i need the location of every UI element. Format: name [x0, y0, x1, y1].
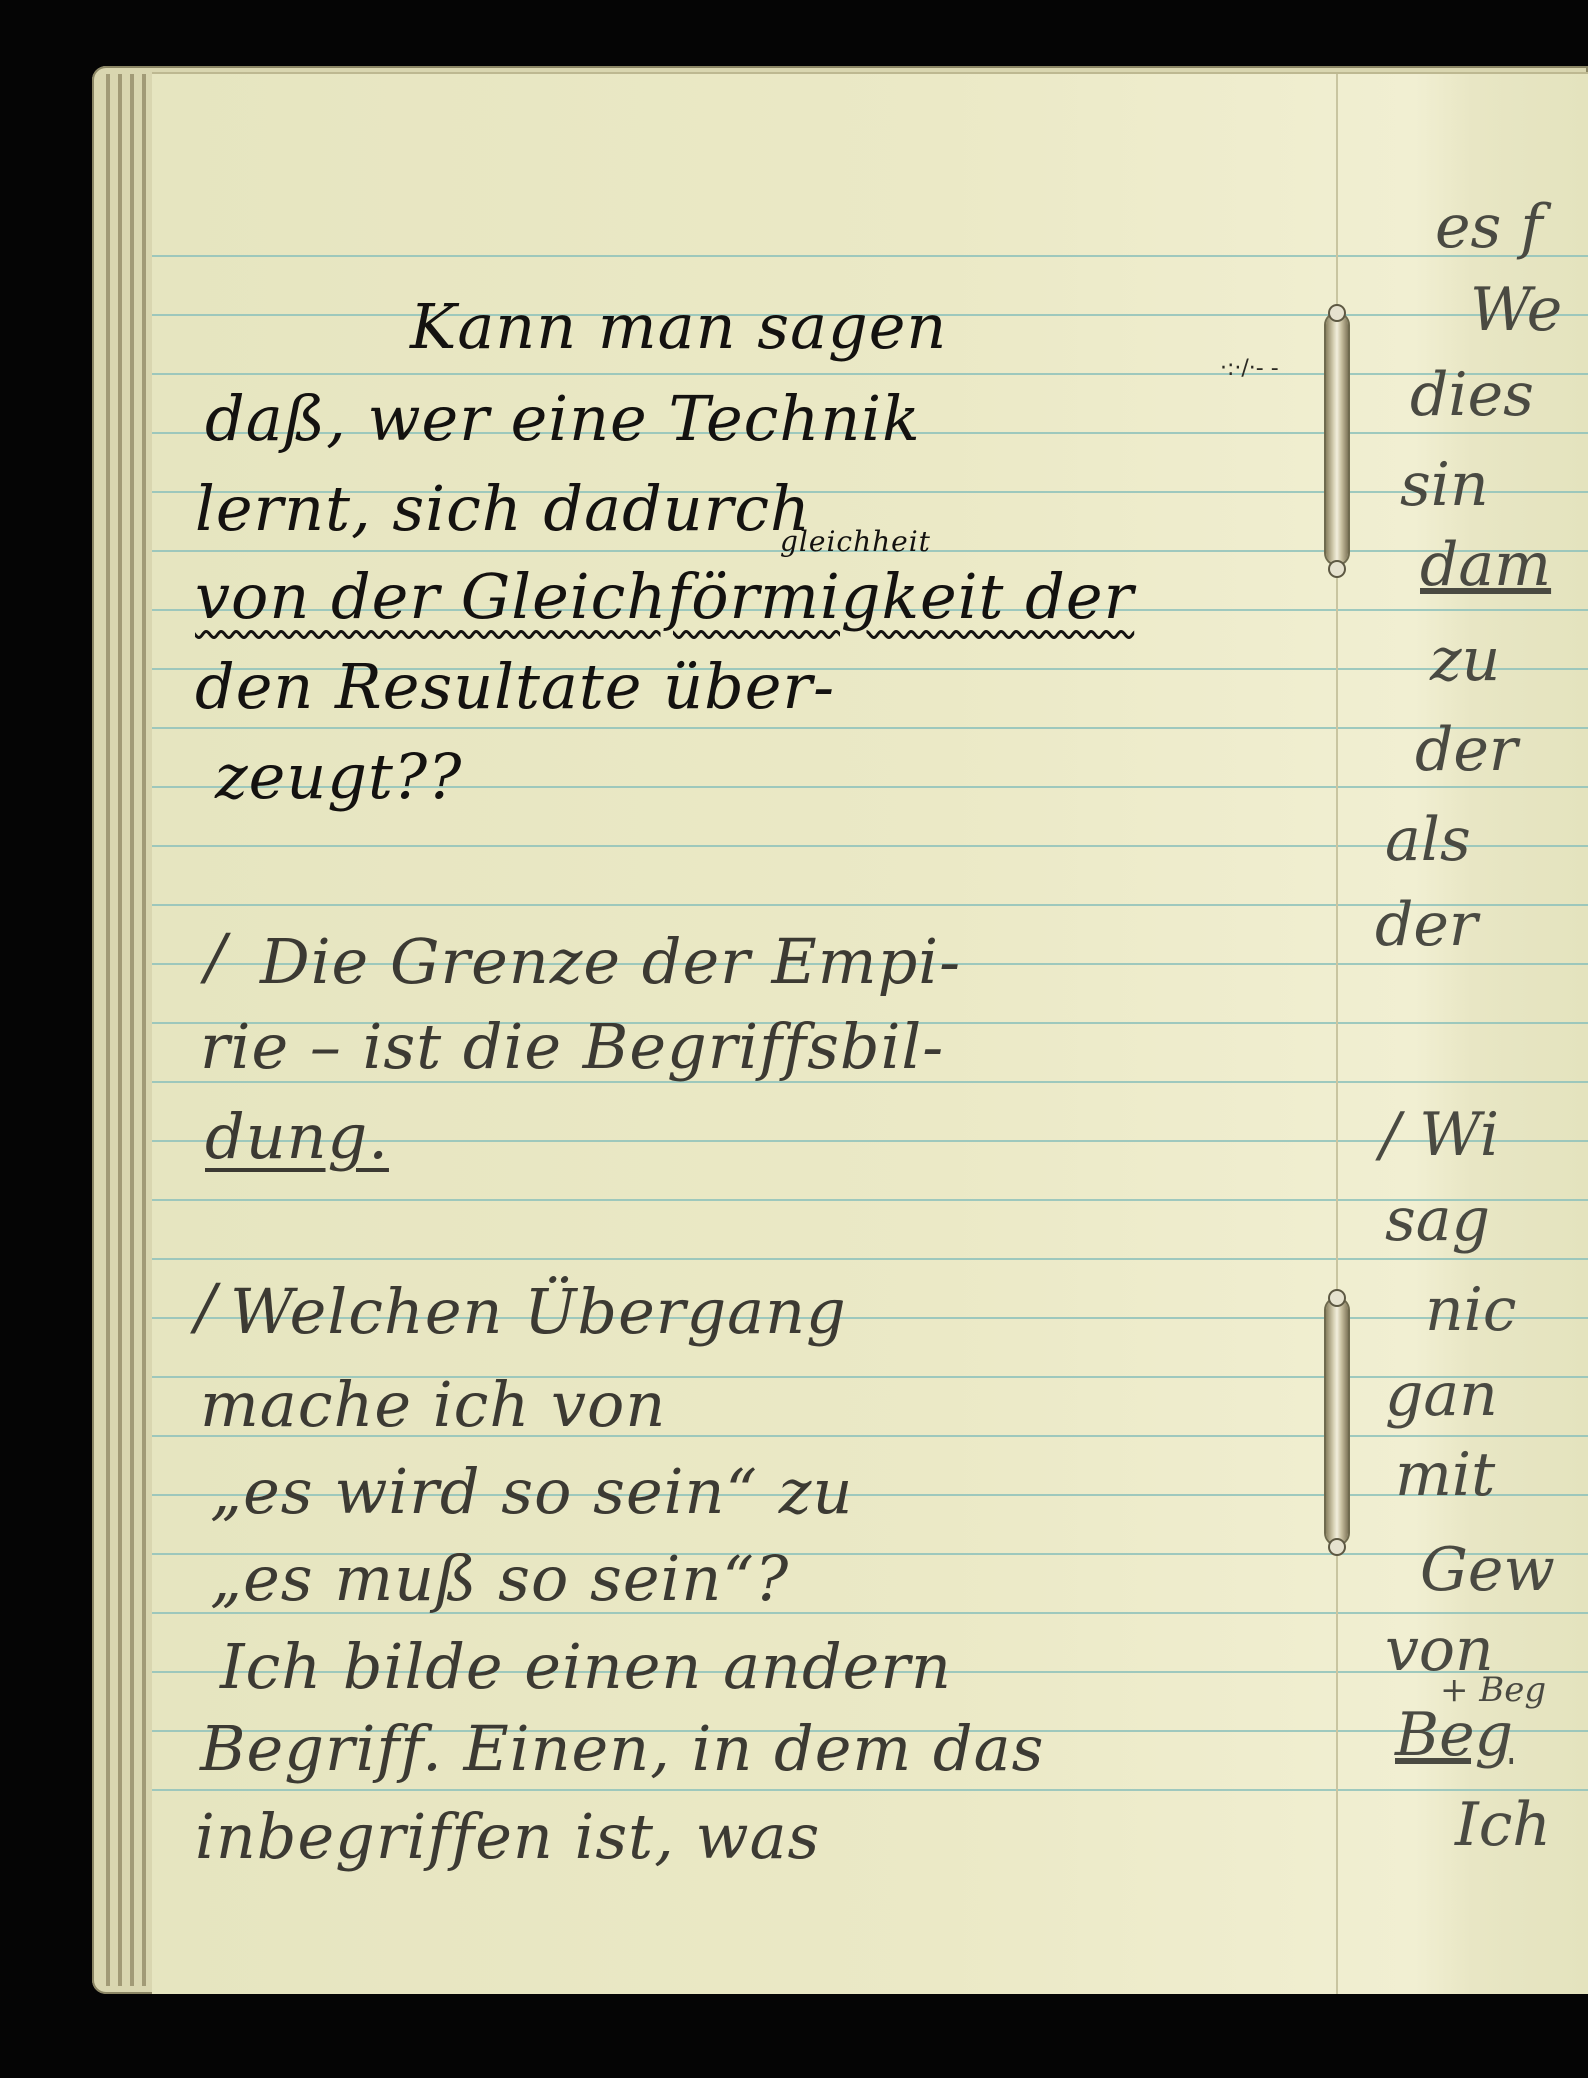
page-edge-line — [142, 74, 146, 1986]
entry-marker: / — [195, 1270, 217, 1343]
right-page-fragment: als — [1385, 805, 1471, 875]
handwritten-line: Begriff. Einen, in dem das — [200, 1712, 1044, 1785]
ruled-line — [152, 255, 1588, 257]
handwritten-line: rie – ist die Begriffsbil- — [200, 1010, 944, 1083]
binding-stitch — [1326, 314, 1348, 564]
page-edge-line — [118, 74, 122, 1986]
right-page-fragment: dam — [1420, 530, 1551, 600]
right-page-fragment: Gew — [1420, 1535, 1555, 1605]
ruled-line — [152, 373, 1588, 375]
handwritten-line: „es muß so sein“? — [210, 1542, 789, 1615]
right-page-fragment: nic — [1425, 1275, 1516, 1345]
right-page-fragment: Ich — [1455, 1790, 1551, 1860]
entry-marker: / — [205, 920, 227, 993]
handwritten-line: Kann man sagen — [410, 290, 947, 363]
right-page-fragment: gan — [1385, 1360, 1498, 1430]
right-page-fragment: mit — [1395, 1440, 1495, 1510]
handwritten-line: inbegriffen ist, was — [195, 1800, 820, 1873]
binding-stitch — [1326, 1299, 1348, 1544]
handwritten-line: lernt, sich dadurch — [195, 472, 811, 545]
handwritten-line: von der Gleichförmigkeit der — [195, 560, 1134, 633]
right-page-fragment: der — [1375, 890, 1478, 960]
handwritten-line: Welchen Übergang — [230, 1275, 847, 1348]
page-edge-line — [130, 74, 134, 1986]
ruled-line — [152, 727, 1588, 729]
right-page-fragment: dies — [1410, 360, 1534, 430]
interlinear-correction: gleichheit — [780, 525, 931, 558]
right-page-fragment: We — [1470, 275, 1562, 345]
right-page-fragment: der — [1415, 715, 1518, 785]
stitch-knot — [1330, 1540, 1344, 1554]
handwritten-line: zeugt?? — [215, 740, 462, 813]
ruled-line — [152, 1789, 1588, 1791]
handwritten-line: daß, wer eine Technik — [205, 382, 921, 455]
right-page-fragment: es f — [1435, 192, 1543, 262]
right-page-fragment: Beg — [1395, 1700, 1513, 1770]
ruled-line — [152, 845, 1588, 847]
handwritten-line: den Resultate über- — [195, 650, 835, 723]
ruled-line — [152, 904, 1588, 906]
handwritten-line: Ich bilde einen andern — [220, 1630, 952, 1703]
stitch-knot — [1330, 1291, 1344, 1305]
ruled-line — [152, 1199, 1588, 1201]
right-page-fragment: / Wi — [1380, 1100, 1499, 1170]
right-page-fragment: sin — [1400, 450, 1489, 520]
ruled-line — [152, 1258, 1588, 1260]
stitch-knot — [1330, 562, 1344, 576]
handwritten-line: dung. — [205, 1100, 389, 1173]
right-page-fragment: sag — [1385, 1185, 1490, 1255]
right-page-fragment: zu — [1430, 625, 1500, 695]
ink-specks: ·:·/·- - — [1220, 356, 1279, 381]
handwritten-line: „es wird so sein“ zu — [210, 1455, 853, 1528]
handwritten-line: mache ich von — [200, 1368, 666, 1441]
page-edge-line — [106, 74, 110, 1986]
handwritten-line: Die Grenze der Empi- — [260, 925, 961, 998]
stitch-knot — [1330, 306, 1344, 320]
